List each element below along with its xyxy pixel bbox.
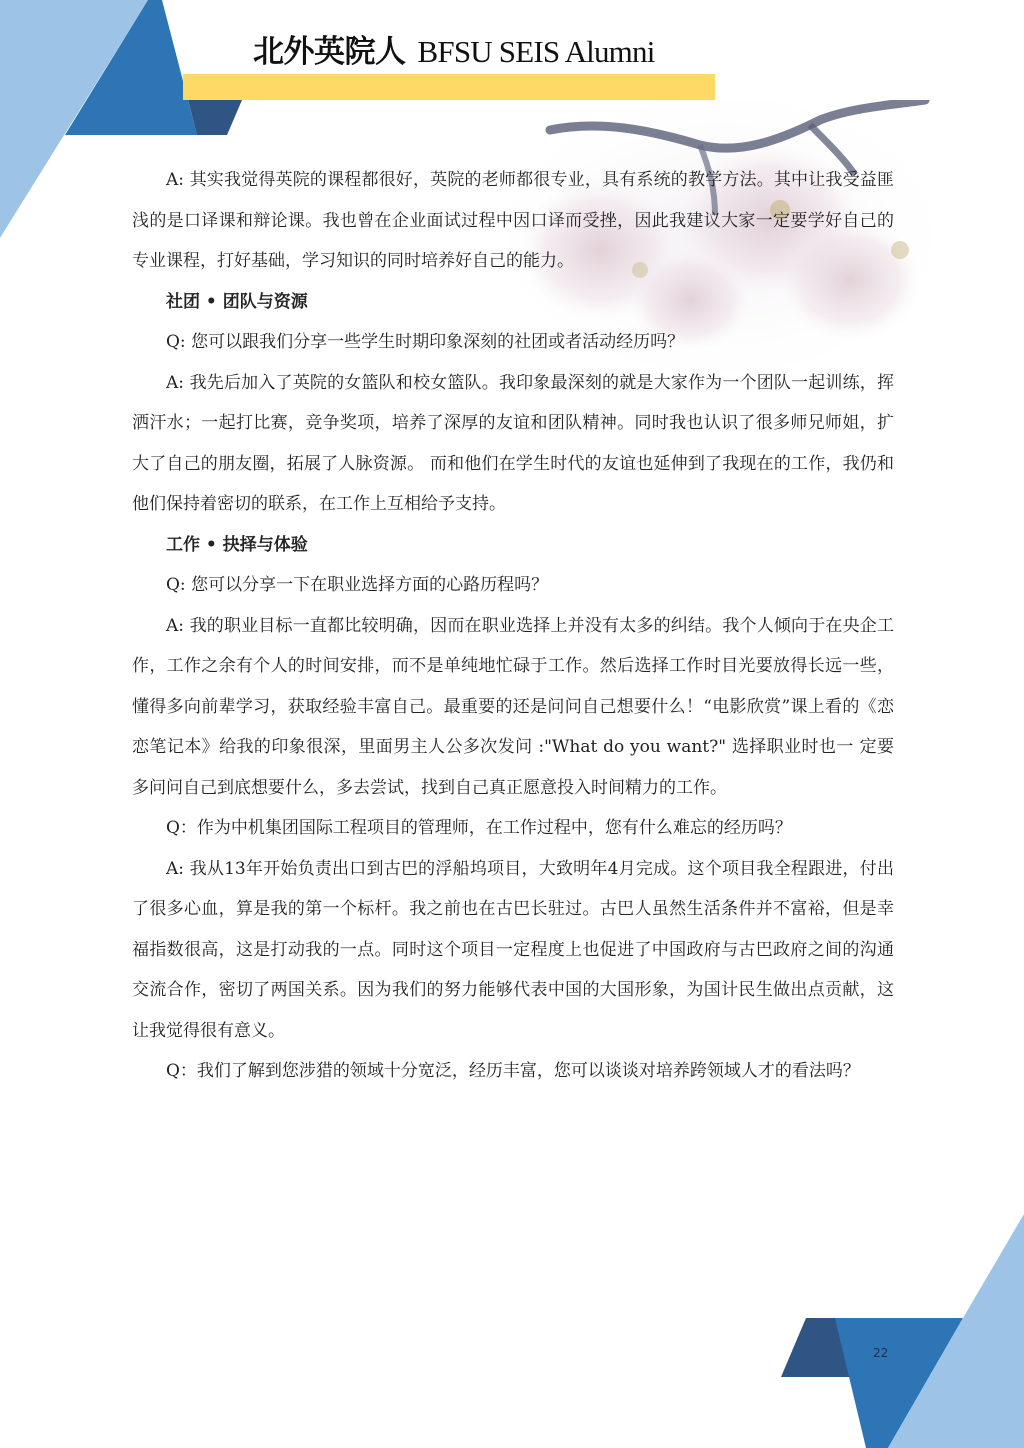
publication-title-en: BFSU SEIS Alumni — [418, 34, 655, 69]
question-paragraph: Q：我们了解到您涉猎的领域十分宽泛，经历丰富，您可以谈谈对培养跨领域人才的看法吗… — [132, 1051, 894, 1092]
publication-title: 北外英院人BFSU SEIS Alumni — [253, 26, 655, 71]
answer-paragraph: A: 其实我觉得英院的课程都很好，英院的老师都很专业，具有系统的教学方法。其中让… — [132, 160, 894, 282]
header-yellow-bar — [183, 74, 715, 100]
answer-paragraph: A: 我先后加入了英院的女篮队和校女篮队。我印象最深刻的就是大家作为一个团队一起… — [132, 363, 894, 525]
section-heading: 工作 • 抉择与体验 — [132, 525, 894, 566]
bottom-right-dark-blue-shape — [781, 1318, 851, 1377]
section-heading: 社团 • 团队与资源 — [132, 282, 894, 323]
answer-paragraph: A: 我的职业目标一直都比较明确，因而在职业选择上并没有太多的纠结。我个人倾向于… — [132, 606, 894, 809]
top-left-dark-blue-shape — [188, 100, 242, 135]
publication-title-cn: 北外英院人 — [253, 34, 406, 69]
answer-paragraph: A: 我从13年开始负责出口到古巴的浮船坞项目，大致明年4月完成。这个项目我全程… — [132, 849, 894, 1052]
bottom-right-medium-blue-shape — [835, 1318, 963, 1448]
article-body: A: 其实我觉得英院的课程都很好，英院的老师都很专业，具有系统的教学方法。其中让… — [132, 160, 894, 1092]
top-left-medium-blue-triangle — [65, 0, 197, 135]
question-paragraph: Q: 您可以跟我们分享一些学生时期印象深刻的社团或者活动经历吗？ — [132, 322, 894, 363]
question-paragraph: Q: 您可以分享一下在职业选择方面的心路历程吗？ — [132, 565, 894, 606]
bottom-right-light-blue-triangle — [888, 1214, 1024, 1448]
question-paragraph: Q：作为中机集团国际工程项目的管理师，在工作过程中，您有什么难忘的经历吗？ — [132, 808, 894, 849]
top-left-light-blue-triangle — [0, 0, 148, 238]
page-number: 22 — [873, 1346, 888, 1360]
